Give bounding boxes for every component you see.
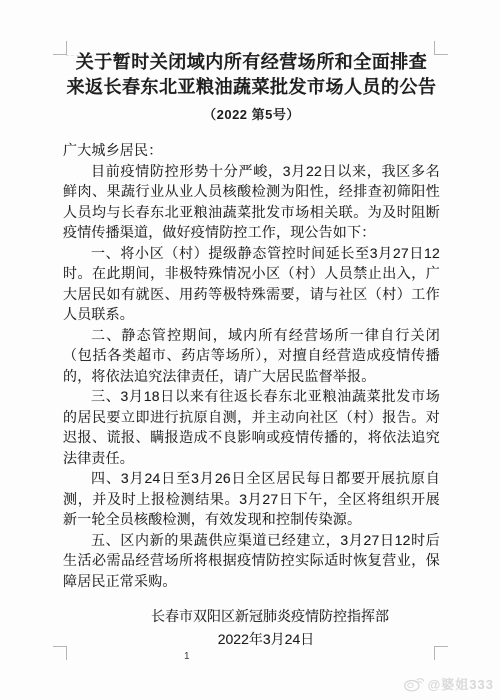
- weibo-logo-icon: [403, 675, 425, 692]
- title-line-1: 关于暂时关闭域内所有经营场所和全面排查: [76, 52, 428, 72]
- watermark-handle: @婆姐333: [428, 674, 494, 693]
- weibo-watermark: @婆姐333: [403, 674, 494, 693]
- paragraph-item-2: 二、静态管控期间，域内所有经营场所一律自行关闭（包括各类超市、药店等场所），对擅…: [63, 325, 440, 387]
- document-title: 关于暂时关闭域内所有经营场所和全面排查 来返长春东北亚粮油蔬菜批发市场人员的公告: [63, 50, 440, 100]
- paragraph-item-1: 一、将小区（村）提级静态管控时间延长至3月27日12时。在此期间，非极特殊情况小…: [63, 243, 440, 325]
- paragraph-item-5: 五、区内新的果蔬供应渠道已经建立，3月27日12时后生活必需品经营场所将根据疫情…: [63, 530, 440, 592]
- title-line-2: 来返长春东北亚粮油蔬菜批发市场人员的公告: [67, 77, 437, 97]
- issuing-authority: 长春市双阳区新冠肺炎疫情防控指挥部: [63, 606, 440, 626]
- paragraph-item-4: 四、3月24日至3月26日全区居民每日都要开展抗原自测，并及时上报检测结果。3月…: [63, 468, 440, 530]
- document-content: 关于暂时关闭域内所有经营场所和全面排查 来返长春东北亚粮油蔬菜批发市场人员的公告…: [63, 46, 440, 649]
- document-body: 广大城乡居民： 目前疫情防控形势十分严峻，3月22日以来，我区多名鲜肉、果蔬行业…: [63, 140, 440, 591]
- salutation: 广大城乡居民：: [63, 140, 440, 161]
- paragraph-intro: 目前疫情防控形势十分严峻，3月22日以来，我区多名鲜肉、果蔬行业从业人员核酸检测…: [63, 161, 440, 243]
- document-number: （2022 第5号）: [63, 104, 440, 123]
- paragraph-item-3: 三、3月18日以来有往返长春东北亚粮油蔬菜批发市场的居民要立即进行抗原自测，并主…: [63, 386, 440, 468]
- page-number: 1: [184, 651, 190, 662]
- issue-date: 2022年3月24日: [63, 629, 440, 649]
- document-page: 关于暂时关闭域内所有经营场所和全面排查 来返长春东北亚粮油蔬菜批发市场人员的公告…: [0, 0, 500, 700]
